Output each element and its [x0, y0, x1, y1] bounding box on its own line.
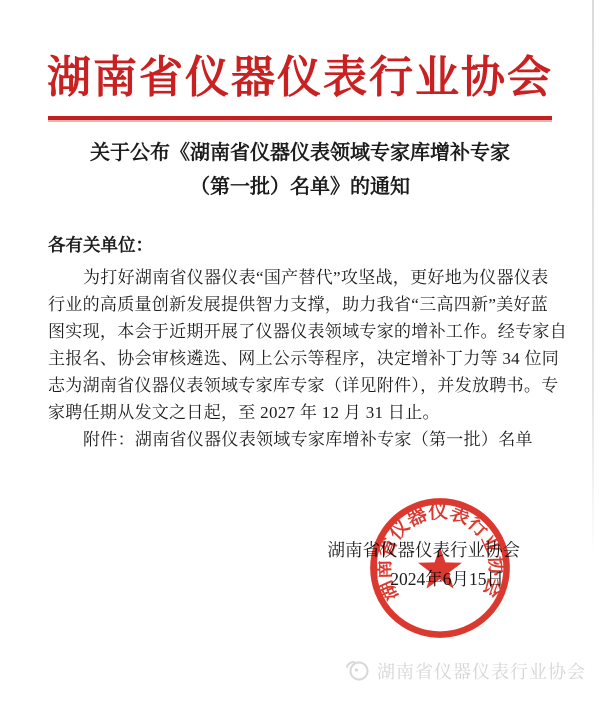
salutation: 各有关单位：	[48, 232, 153, 257]
body-line: 家聘任期从发文之日起，至 2027 年 12 月 31 日止。	[48, 399, 552, 426]
footer-watermark: 湖南省仪器仪表行业协会	[344, 658, 586, 684]
body-line: 行业的高质量创新发展提供智力支撑，助力我省“三高四新”美好蓝	[48, 291, 552, 318]
document-page: 湖南省仪器仪表行业协会 关于公布《湖南省仪器仪表领域专家库增补专家 （第一批）名…	[0, 0, 600, 702]
official-seal: 湖南省仪器仪表行业协会	[366, 494, 514, 642]
seal-star-icon	[418, 547, 462, 589]
association-logo-icon	[344, 658, 370, 684]
letterhead-divider	[48, 116, 552, 120]
attachment-line: 附件：湖南省仪器仪表领域专家库增补专家（第一批）名单	[48, 426, 552, 453]
notice-title-line-2: （第一批）名单》的通知	[0, 170, 600, 204]
body-line: 图实现，本会于近期开展了仪器仪表领域专家的增补工作。经专家自	[48, 318, 552, 345]
notice-title-line-1: 关于公布《湖南省仪器仪表领域专家库增补专家	[0, 136, 600, 170]
body-line: 主报名、协会审核遴选、网上公示等程序，决定增补丁力等 34 位同	[48, 345, 552, 372]
body-line: 志为湖南省仪器仪表领域专家库专家（详见附件），并发放聘书。专	[48, 372, 552, 399]
footer-brand-text: 湖南省仪器仪表行业协会	[377, 658, 586, 684]
body-line: 为打好湖南省仪器仪表“国产替代”攻坚战，更好地为仪器仪表	[48, 264, 552, 291]
letterhead-title: 湖南省仪器仪表行业协会	[0, 50, 600, 106]
letter-body: 为打好湖南省仪器仪表“国产替代”攻坚战，更好地为仪器仪表 行业的高质量创新发展提…	[48, 264, 552, 453]
notice-title: 关于公布《湖南省仪器仪表领域专家库增补专家 （第一批）名单》的通知	[0, 136, 600, 204]
